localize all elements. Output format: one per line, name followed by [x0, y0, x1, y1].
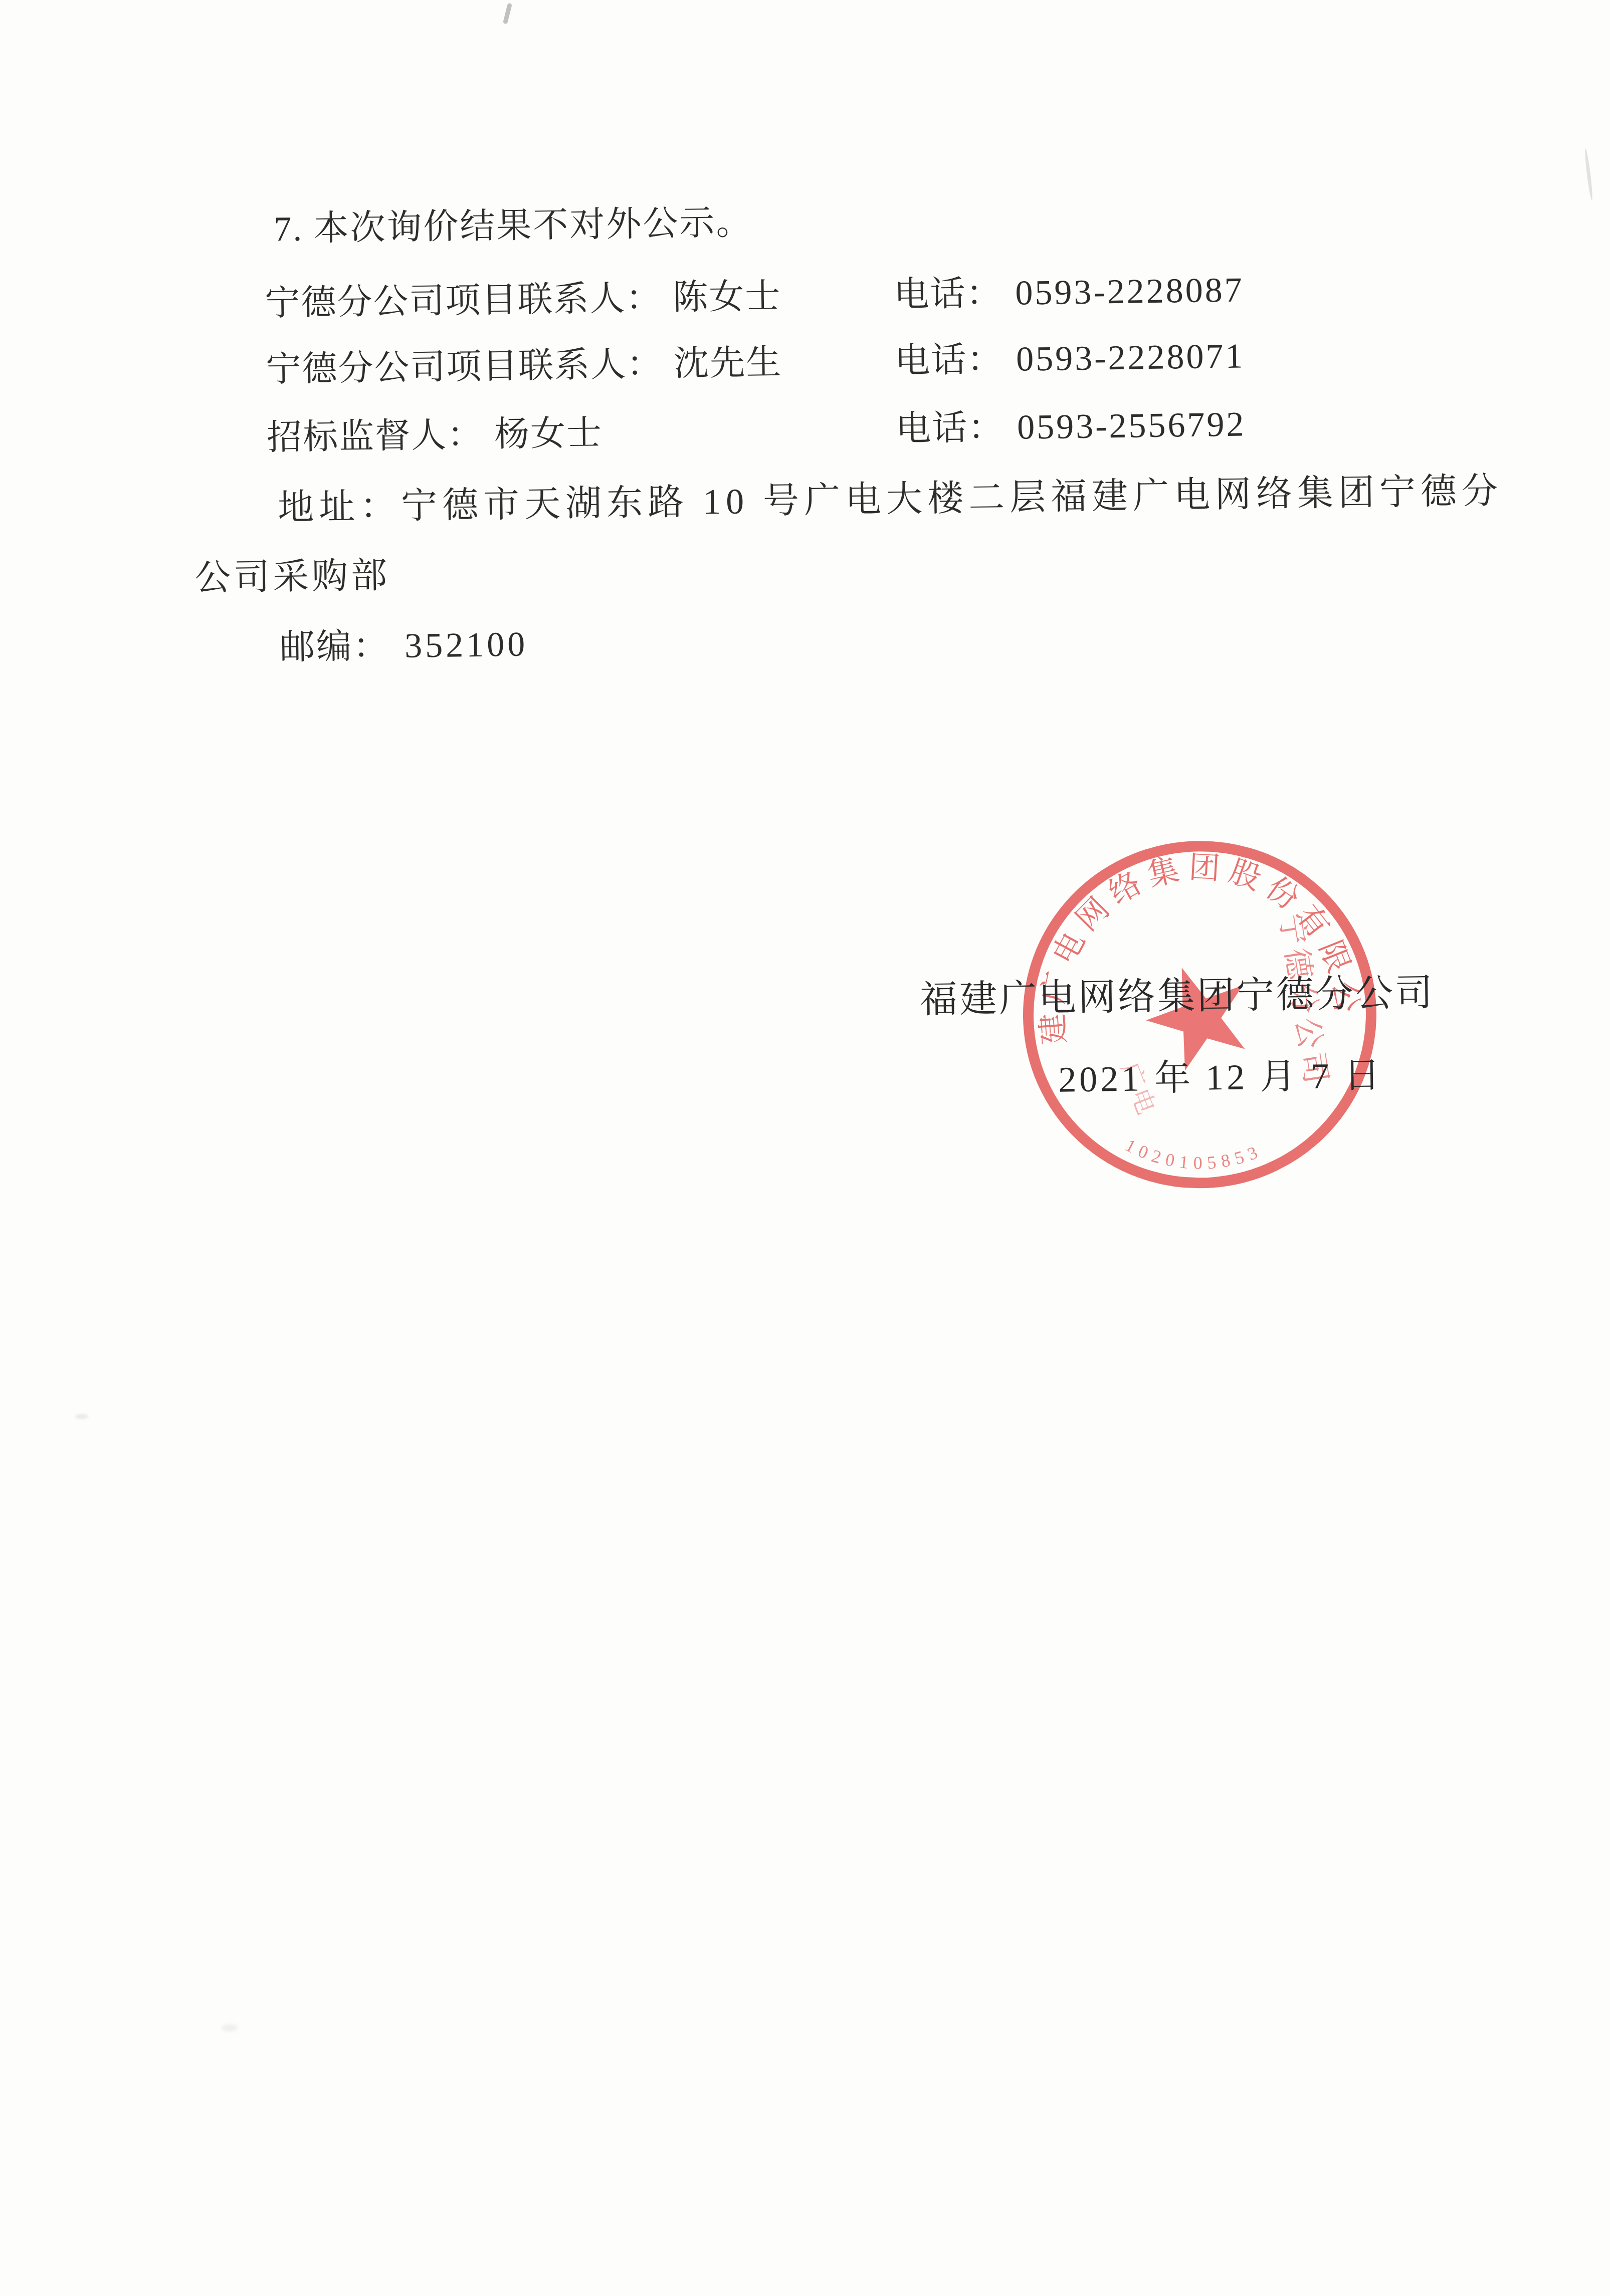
phone-label: 电话：: [894, 274, 1002, 314]
contact-name: 沈先生: [674, 343, 782, 383]
contact-name: 陈女士: [673, 277, 781, 317]
contact-row: 宁德分公司项目联系人：陈女士 电话：0593-2228087: [4, 256, 1610, 324]
address-label: 地址：: [278, 486, 401, 528]
contact-role: 招标监督人：: [267, 416, 484, 457]
postal-line: 邮编：352100: [279, 615, 528, 669]
phone-number: 0593-2228071: [1016, 337, 1245, 378]
signature-date: 2021 年 12 月 7 日: [1058, 1046, 1383, 1102]
phone-group: 电话：0593-2228087: [894, 261, 1245, 317]
phone-number: 0593-2556792: [1017, 405, 1246, 446]
phone-label: 电话：: [896, 408, 1004, 448]
contact-row: 宁德分公司项目联系人：沈先生 电话：0593-2228071: [5, 322, 1610, 390]
contact-label: 招标监督人：杨女士: [266, 404, 602, 460]
address-line-1: 地址：宁德市天湖东路 10 号广电大楼二层福建广电网络集团宁德分: [277, 461, 1503, 530]
document-content: 7. 本次询价结果不对外公示。 宁德分公司项目联系人：陈女士 电话：0593-2…: [0, 0, 1610, 2296]
contact-row: 招标监督人：杨女士 电话：0593-2556792: [6, 390, 1610, 458]
contact-label: 宁德分公司项目联系人：陈女士: [265, 268, 781, 325]
address-text: 宁德市天湖东路 10 号广电大楼二层福建广电网络集团宁德分: [401, 471, 1503, 526]
phone-number: 0593-2228087: [1015, 271, 1244, 312]
company-signature: 福建广电网络集团宁德分公司: [919, 963, 1435, 1023]
postal-label: 邮编：: [280, 627, 390, 667]
phone-group: 电话：0593-2228071: [894, 327, 1245, 383]
contact-label: 宁德分公司项目联系人：沈先生: [266, 334, 782, 391]
contact-role: 宁德分公司项目联系人：: [265, 279, 662, 323]
address-line-2: 公司采购部: [194, 546, 390, 600]
contact-name: 杨女士: [494, 414, 603, 454]
phone-label: 电话：: [895, 340, 1003, 380]
notice-line: 7. 本次询价结果不对外公示。: [274, 194, 753, 251]
scanned-document-page: 7. 本次询价结果不对外公示。 宁德分公司项目联系人：陈女士 电话：0593-2…: [0, 0, 1610, 2296]
contact-role: 宁德分公司项目联系人：: [266, 345, 663, 389]
postal-code: 352100: [405, 625, 528, 665]
phone-group: 电话：0593-2556792: [895, 395, 1246, 451]
